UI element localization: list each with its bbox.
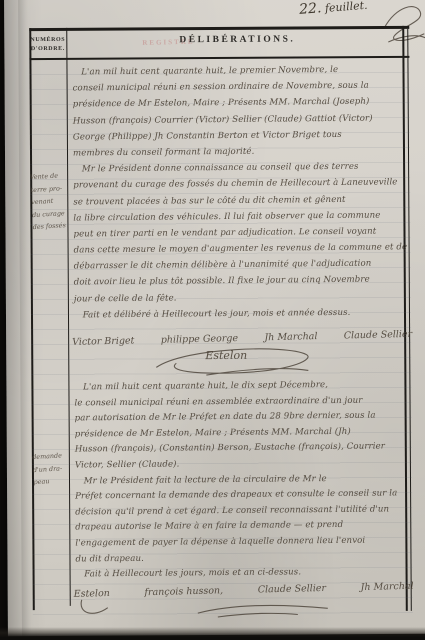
folio-word: feuillet. [324,0,368,15]
deliberation-1-text: L'an mil huit cent quarante huit, le pre… [72,62,412,323]
deliberation-2-text: L'an mil huit cent quarante huit, le dix… [74,378,413,583]
signature: Claude Sellier [344,329,412,342]
order-number-column-header: NUMÉROS D'ORDRE. [29,31,66,57]
scanned-register-page: 22. feuillet. NUMÉROS D'ORDRE. REGISTRE … [0,0,425,640]
header-divider-line [29,56,409,60]
signature: Victor Briget [72,335,134,347]
mayor-paraph-flourish [146,344,316,377]
manuscript-line: Fait et délibéré à Heillecourt les jour,… [74,304,412,323]
margin-note-flag-request: demanded'un dra-peau [32,449,72,489]
folio-label: 22. feuillet. [299,0,368,18]
signature: philippe George [161,333,239,346]
signature: Jh Marchal [264,331,317,343]
closing-signature-flourish [78,592,338,620]
page-bottom-edge [0,627,425,640]
frame-top-border [29,26,409,31]
margin-note-sale-of-soil: Vente deterre pro-venantdu curagedes fos… [30,169,72,234]
signature: Jh Marchal [360,581,413,593]
page-title: DÉLIBÉRATIONS. [67,34,407,46]
margin-note-line: peau [33,474,72,489]
ordre-label: D'ORDRE. [31,46,65,52]
manuscript-line: Fait à Heillecourt les jours, mois et an… [76,564,414,583]
paper-sheet: 22. feuillet. NUMÉROS D'ORDRE. REGISTRE … [4,0,425,636]
numeros-label: NUMÉROS [30,37,65,43]
margin-column-divider [66,28,71,606]
margin-note-line: des fossés [32,219,71,234]
folio-number: 22. [299,0,322,18]
